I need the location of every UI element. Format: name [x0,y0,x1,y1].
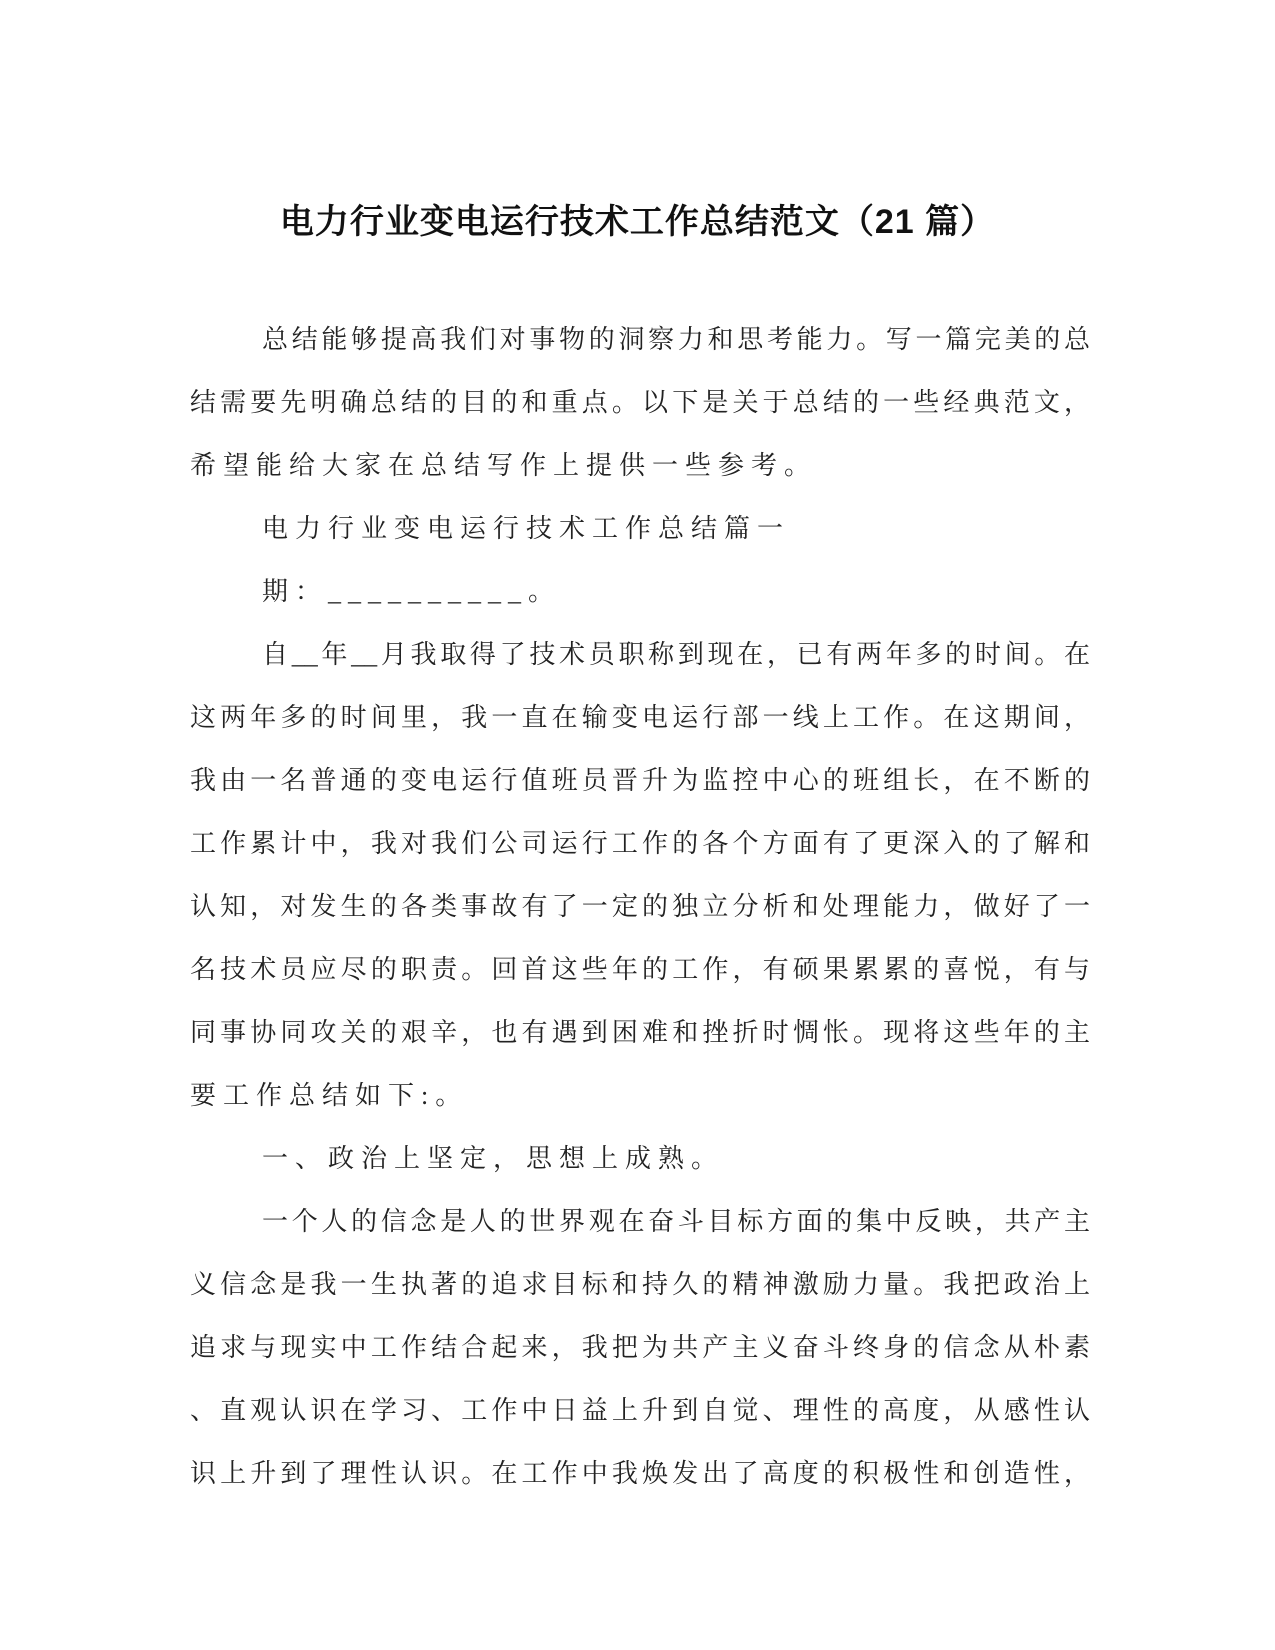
text-line: 我由一名普通的变电运行值班员晋升为监控中心的班组长，在不断的 [190,749,1090,812]
text-line: 工作累计中，我对我们公司运行工作的各个方面有了更深入的了解和 [190,812,1090,875]
text-line: 总结能够提高我们对事物的洞察力和思考能力。写一篇完美的总 [190,308,1090,371]
text-line: 一个人的信念是人的世界观在奋斗目标方面的集中反映，共产主 [190,1190,1090,1253]
text-line: 一、政治上坚定，思想上成熟。 [190,1127,1090,1190]
text-line: 要工作总结如下:。 [190,1064,1090,1127]
text-line: 同事协同攻关的艰辛，也有遇到困难和挫折时惆怅。现将这些年的主 [190,1001,1090,1064]
text-line: 电力行业变电运行技术工作总结篇一 [190,497,1090,560]
text-line: 自__年__月我取得了技术员职称到现在，已有两年多的时间。在 [190,623,1090,686]
document-title: 电力行业变电运行技术工作总结范文（21 篇） [0,0,1275,246]
text-line: 识上升到了理性认识。在工作中我焕发出了高度的积极性和创造性， [190,1442,1090,1505]
text-line: 结需要先明确总结的目的和重点。以下是关于总结的一些经典范文， [190,371,1090,434]
document-page: 电力行业变电运行技术工作总结范文（21 篇） 总结能够提高我们对事物的洞察力和思… [0,0,1275,1650]
text-line: 这两年多的时间里，我一直在输变电运行部一线上工作。在这期间， [190,686,1090,749]
text-line: 期：__________。 [190,560,1090,623]
text-line: 追求与现实中工作结合起来，我把为共产主义奋斗终身的信念从朴素 [190,1316,1090,1379]
text-line: 义信念是我一生执著的追求目标和持久的精神激励力量。我把政治上 [190,1253,1090,1316]
text-line: 、直观认识在学习、工作中日益上升到自觉、理性的高度，从感性认 [190,1379,1090,1442]
text-line: 希望能给大家在总结写作上提供一些参考。 [190,434,1090,497]
text-line: 名技术员应尽的职责。回首这些年的工作，有硕果累累的喜悦，有与 [190,938,1090,1001]
document-body: 总结能够提高我们对事物的洞察力和思考能力。写一篇完美的总结需要先明确总结的目的和… [190,308,1090,1505]
text-line: 认知，对发生的各类事故有了一定的独立分析和处理能力，做好了一 [190,875,1090,938]
